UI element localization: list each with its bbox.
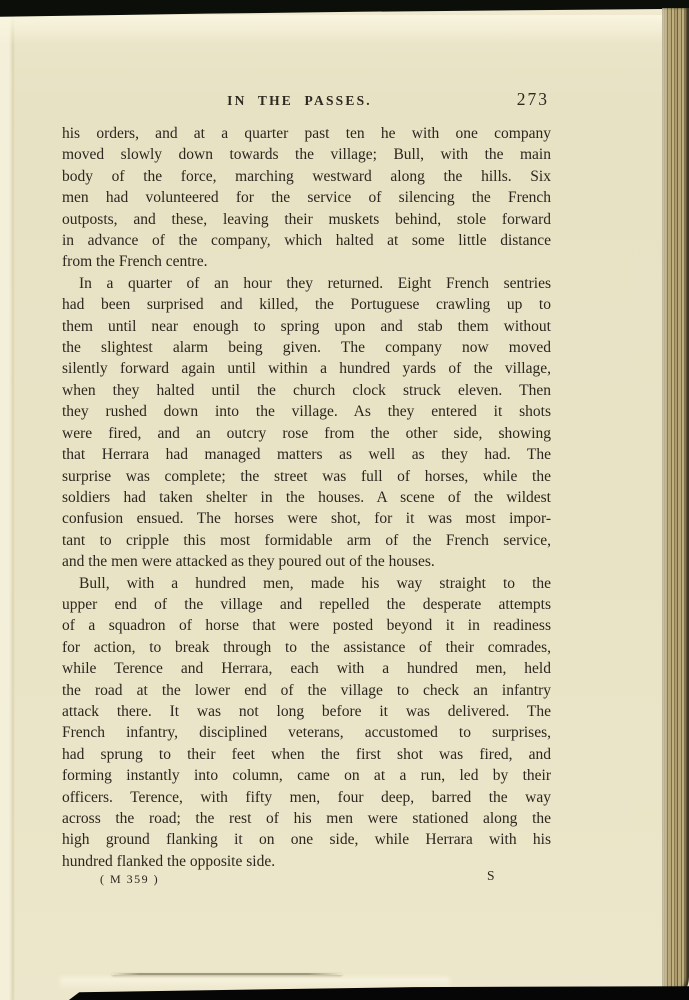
text-line: moved slowly down towards the village; B…	[62, 144, 551, 165]
paragraph: Bull, with a hundred men, made his way s…	[62, 573, 551, 873]
text-line: them until near enough to spring upon an…	[62, 316, 551, 337]
text-line: surprise was complete; the street was fu…	[62, 466, 551, 487]
page-bottom-crease	[112, 973, 342, 975]
text-line: had sprung to their feet when the first …	[62, 744, 551, 765]
text-line: silently forward again until within a hu…	[62, 358, 551, 379]
text-line: confusion ensued. The horses were shot, …	[62, 508, 551, 529]
text-line: of a squadron of horse that were posted …	[62, 615, 551, 636]
text-line: that Herrara had managed matters as well…	[62, 444, 551, 465]
text-line: soldiers had taken shelter in the houses…	[62, 487, 551, 508]
paragraph: In a quarter of an hour they returned. E…	[62, 273, 551, 573]
text-line: attack there. It was not long before it …	[62, 701, 551, 722]
text-line: for action, to break through to the assi…	[62, 637, 551, 658]
text-line: officers. Terence, with fifty men, four …	[62, 787, 551, 808]
text-line: high ground flanking it on one side, whi…	[62, 829, 551, 850]
book-fore-edge	[662, 8, 689, 995]
text-line: tant to cripple this most formidable arm…	[62, 530, 551, 551]
text-line: were fired, and an outcry rose from the …	[62, 423, 551, 444]
text-line: the road at the lower end of the village…	[62, 680, 551, 701]
chapter-running-title: IN THE PASSES.	[62, 93, 551, 109]
text-line: had been surprised and killed, the Portu…	[62, 294, 551, 315]
book-scan: IN THE PASSES. 273 his orders, and at a …	[0, 0, 689, 1000]
text-line: the slightest alarm being given. The com…	[62, 337, 551, 358]
text-line: In a quarter of an hour they returned. E…	[62, 273, 551, 294]
page-curl-highlight	[0, 15, 689, 45]
text-line: men had volunteered for the service of s…	[62, 187, 551, 208]
signature-mark: S	[487, 868, 495, 884]
page-number: 273	[517, 89, 549, 110]
page-body: his orders, and at a quarter past ten he…	[62, 123, 551, 872]
running-header: IN THE PASSES. 273	[62, 93, 551, 115]
text-line: hundred flanked the opposite side.	[62, 851, 551, 872]
text-line: and the men were attacked as they poured…	[62, 551, 551, 572]
text-line: when they halted until the church clock …	[62, 380, 551, 401]
printers-mark: ( M 359 )	[100, 872, 159, 887]
text-line: upper end of the village and repelled th…	[62, 594, 551, 615]
underlying-page-edge	[0, 12, 15, 1000]
text-line: in advance of the company, which halted …	[62, 230, 551, 251]
text-line: body of the force, marching westward alo…	[62, 166, 551, 187]
text-line: his orders, and at a quarter past ten he…	[62, 123, 551, 144]
paragraph: his orders, and at a quarter past ten he…	[62, 123, 551, 273]
text-line: from the French centre.	[62, 251, 551, 272]
text-line: across the road; the rest of his men wer…	[62, 808, 551, 829]
text-line: outposts, and these, leaving their muske…	[62, 209, 551, 230]
text-line: forming instantly into column, came on a…	[62, 765, 551, 786]
text-line: they rushed down into the village. As th…	[62, 401, 551, 422]
text-line: while Terence and Herrara, each with a h…	[62, 658, 551, 679]
text-line: French infantry, disciplined veterans, a…	[62, 722, 551, 743]
text-line: Bull, with a hundred men, made his way s…	[62, 573, 551, 594]
